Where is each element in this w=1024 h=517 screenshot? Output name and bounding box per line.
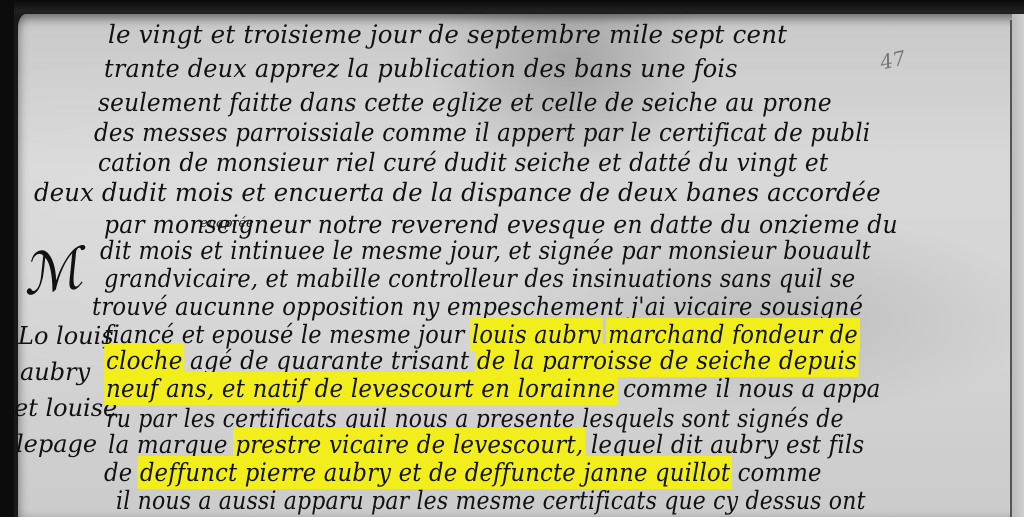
text-line-16: de deffunct pierre aubry et de deffuncte… [104,458,822,487]
line-segment: deux dudit mois et encuerta de la dispan… [34,178,881,207]
text-line-2: trante deux apprez la publication des ba… [104,54,738,83]
line-segment: la marque [108,430,235,459]
highlighted-segment: prestre vicaire de levescourt, [235,430,583,459]
line-segment: par monseigneur notre reverend evesque e… [104,210,898,239]
highlighted-segment: marchand fondeur de [608,320,858,349]
text-line-6: deux dudit mois et encuerta de la dispan… [34,178,881,207]
margin-flourish-icon: ℳ [18,236,86,309]
margin-note-line-3: et louise [14,394,117,422]
line-segment: agé de quarante trisant [183,346,477,375]
line-segment: des messes parroissiale comme il appert … [94,118,870,147]
text-line-7: par monseigneur notre reverend evesque e… [104,210,898,239]
line-segment: le vingt et troisieme jour de septembre … [108,20,787,49]
text-line-12: cloche agé de quarante trisant de la par… [106,346,857,375]
line-segment: comme il nous a appa [616,374,881,403]
text-line-8: dit mois et intinuee le mesme jour, et s… [100,236,871,265]
text-line-14: ru par les certificats quil nous a prese… [106,404,844,433]
text-line-3: seulement faitte dans cette eglize et ce… [98,88,832,117]
highlighted-segment: louis aubry [472,320,601,349]
line-segment: lequel dit aubry est fils [583,430,864,459]
line-segment: ru par les certificats quil nous a prese… [106,404,844,433]
line-segment: seulement faitte dans cette eglize et ce… [98,88,832,117]
text-line-5: cation de monsieur riel curé dudit seich… [98,148,828,177]
line-segment: grandvicaire, et mabille controlleur des… [104,264,855,293]
line-segment: il nous a aussi apparu par les mesme cer… [116,486,866,515]
line-segment: comme [730,458,821,487]
text-line-10: trouvé aucunne opposition ny empeschemen… [92,292,863,321]
highlighted-segment: cloche [106,346,183,375]
line-segment: cation de monsieur riel curé dudit seich… [98,148,828,177]
highlighted-segment: deffunct pierre aubry et de deffuncte ja… [140,458,730,487]
text-line-15: la marque prestre vicaire de levescourt,… [108,430,864,459]
adjacent-page-edge [1012,14,1024,517]
margin-note-line-1: Lo louis [18,322,114,350]
highlighted-segment: neuf ans, et natif de levescourt en lora… [106,374,616,403]
text-line-4: des messes parroissiale comme il appert … [94,118,870,147]
text-line-13: neuf ans, et natif de levescourt en lora… [106,374,881,403]
margin-note-line-2: aubry [20,358,90,386]
text-line-17: il nous a aussi apparu par les mesme cer… [116,486,866,515]
line-segment: trouvé aucunne opposition ny empeschemen… [92,292,863,321]
text-line-9: grandvicaire, et mabille controlleur des… [104,264,855,293]
text-line-11: fiancé et epousé le mesme jour louis aub… [104,320,858,349]
scan-left-edge [0,0,14,517]
margin-note-line-4: lepage [16,430,97,458]
line-segment: fiancé et epousé le mesme jour [104,320,472,349]
line-segment: de [104,458,140,487]
line-segment: trante deux apprez la publication des ba… [104,54,738,83]
line-segment: dit mois et intinuee le mesme jour, et s… [100,236,871,265]
page-fold-line [1010,20,1012,517]
text-line-1: le vingt et troisieme jour de septembre … [108,20,787,49]
highlighted-segment: de la parroisse de seiche depuis [477,346,857,375]
